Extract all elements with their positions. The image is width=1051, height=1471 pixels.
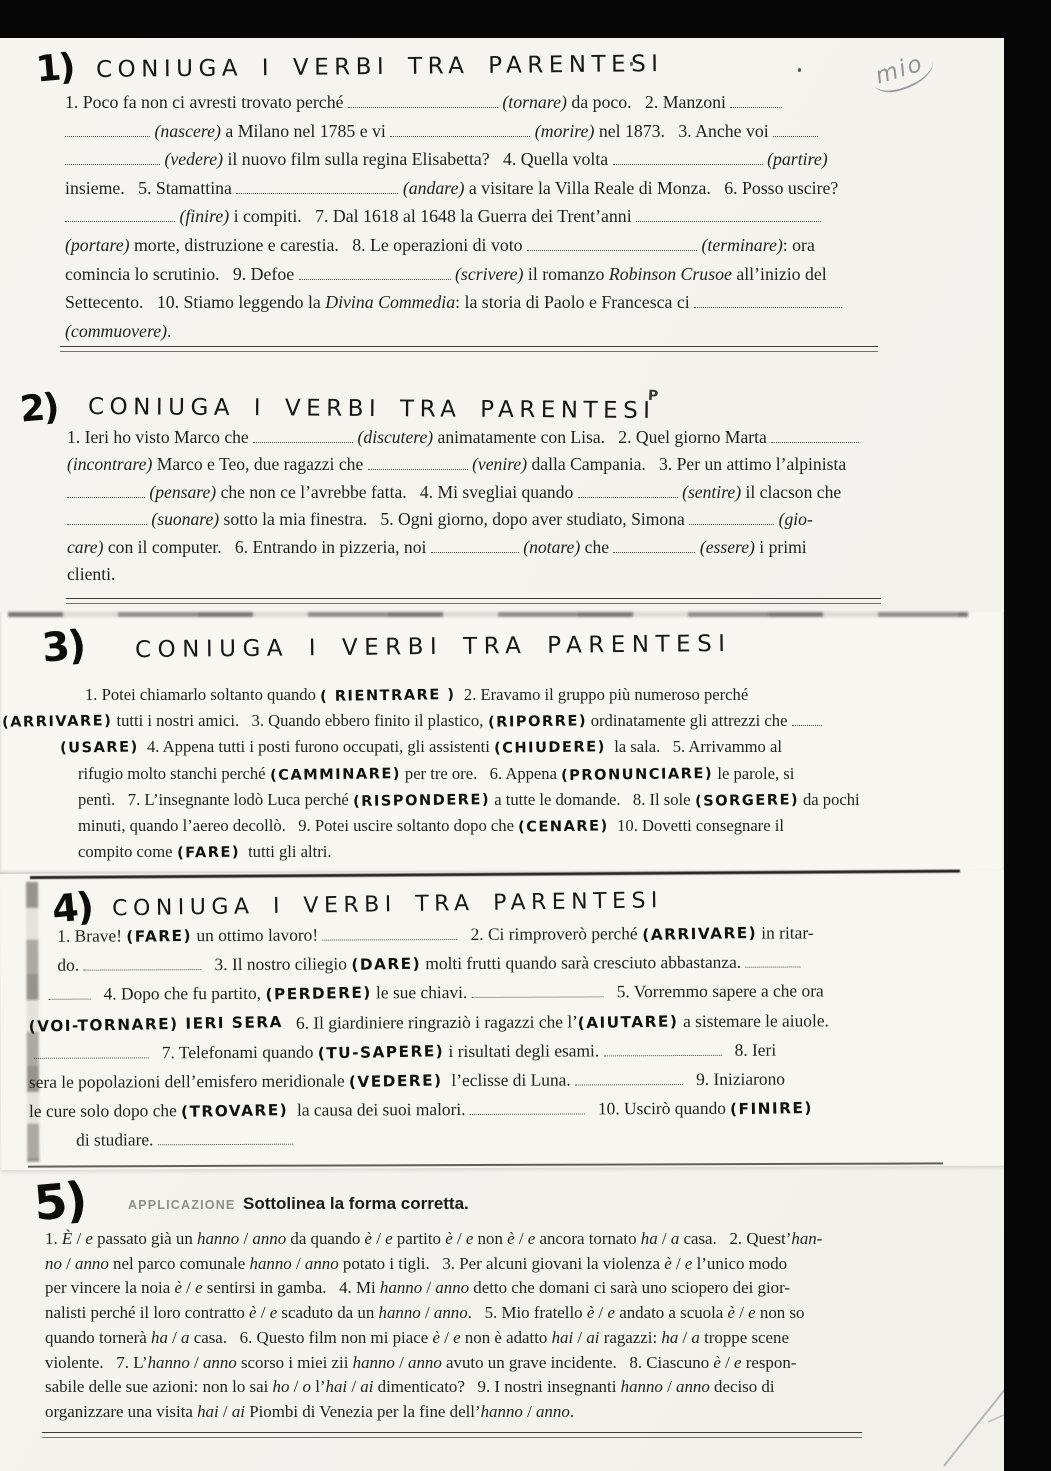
- print-text: i primi: [755, 537, 807, 557]
- print-text: rifugio molto stanchi perché: [78, 764, 270, 783]
- italic-verb-hint: hai: [326, 1377, 348, 1396]
- print-text: .: [570, 1402, 574, 1421]
- italic-verb-hint: anno: [536, 1402, 570, 1421]
- text-line: quando tornerà ha / a casa. 6. Questo fi…: [45, 1326, 905, 1351]
- italic-verb-hint: hanno: [481, 1402, 523, 1421]
- italic-verb-hint: e: [195, 1278, 203, 1297]
- print-text: molti frutti quando sarà cresciuto abbas…: [421, 952, 746, 973]
- print-text: /: [573, 1328, 586, 1347]
- print-text: i compiti. 7. Dal 1618 al 1648 la Guerra…: [229, 206, 636, 226]
- text-line: no / anno nel parco comunale hanno / ann…: [45, 1252, 905, 1277]
- print-text: le parole, si: [713, 764, 794, 783]
- answer-blank: [689, 511, 774, 525]
- text-line: (incontrare) Marco e Teo, due ragazzi ch…: [67, 451, 927, 478]
- print-text: /: [721, 1353, 734, 1372]
- print-text: organizzare una visita: [45, 1402, 197, 1421]
- print-text: respon-: [742, 1353, 797, 1372]
- text-line: (vedere) il nuovo film sulla regina Elis…: [65, 145, 925, 174]
- print-text: 8. Ieri: [722, 1039, 777, 1059]
- italic-verb-hint: e: [748, 1303, 756, 1322]
- print-text: da pochi: [799, 790, 860, 809]
- print-text: pentì. 7. L’insegnante lodò Luca perché: [78, 790, 353, 809]
- print-text: nalisti perché il loro contratto: [45, 1303, 249, 1322]
- italic-verb-hint: e: [607, 1303, 615, 1322]
- print-text: che non ce l’avrebbe fatta. 4. Mi svegli…: [216, 482, 578, 502]
- italic-verb-hint: ha: [151, 1328, 168, 1347]
- italic-verb-hint: È: [62, 1229, 72, 1248]
- italic-verb-hint: ai: [232, 1402, 245, 1421]
- italic-verb-hint: Divina Commedia: [325, 292, 455, 312]
- italic-verb-hint: è: [507, 1229, 515, 1248]
- exercise-body: 1. Brave! (FARE) un ottimo lavoro! 2. Ci…: [0, 918, 1004, 1155]
- italic-verb-hint: (gio-: [774, 509, 813, 529]
- answer-blank: [792, 712, 822, 726]
- section-divider: [42, 1432, 862, 1438]
- italic-verb-hint: hanno: [621, 1377, 663, 1396]
- print-text: il romanzo: [523, 264, 608, 284]
- answer-blank: [745, 954, 800, 968]
- print-text: /: [168, 1328, 181, 1347]
- italic-verb-hint: è: [445, 1229, 453, 1248]
- print-text: 5. Vorremmo sapere a che ora: [604, 981, 824, 1002]
- handwritten-answer: (CAMMINARE): [270, 761, 401, 788]
- text-line: violente. 7. L’hanno / anno scorso i mie…: [45, 1351, 905, 1376]
- italic-verb-hint: hanno: [250, 1254, 292, 1273]
- handwritten-answer: (AIUTARE): [578, 1007, 679, 1037]
- print-text: a visitare la Villa Reale di Monza. 6. P…: [464, 178, 838, 198]
- print-text: 1. Potei chiamarlo soltanto quando: [85, 685, 320, 704]
- italic-verb-hint: anno: [305, 1254, 339, 1273]
- handwritten-answer: (USARE): [60, 735, 139, 761]
- italic-verb-hint: (nascere): [150, 121, 221, 141]
- print-text: ragazzi:: [599, 1328, 661, 1347]
- text-line: do. 3. Il nostro ciliegio (DARE) molti f…: [57, 947, 1004, 980]
- print-text: di studiare.: [76, 1130, 158, 1150]
- handwritten-answer: (FINIRE): [730, 1094, 813, 1124]
- italic-verb-hint: (morire): [530, 121, 594, 141]
- print-text: /: [421, 1303, 434, 1322]
- print-text: deciso di: [710, 1377, 775, 1396]
- print-text: quando tornerà: [45, 1328, 151, 1347]
- exercise-title: Sottolinea la forma corretta.: [243, 1194, 469, 1214]
- print-text: 10. Uscirò quando: [585, 1098, 730, 1119]
- print-text: tutti gli altri.: [240, 842, 332, 861]
- pencil-stroke-mark: [930, 1378, 1004, 1470]
- scanned-worksheet: mio 1) CONIUGA I VERBI TRA PARENTESI 1. …: [0, 0, 1051, 1471]
- italic-verb-hint: anno: [203, 1353, 237, 1372]
- answer-blank: [472, 984, 604, 999]
- exercise-title: CONIUGA I VERBI TRA PARENTESI: [135, 631, 732, 663]
- text-line: nalisti perché il loro contratto è / e s…: [45, 1301, 905, 1326]
- answer-blank: [67, 484, 145, 498]
- print-text: 2. Eravamo il gruppo più numeroso perché: [456, 685, 749, 704]
- print-text: 2. Ci rimproverò perché: [457, 923, 642, 944]
- print-text: a Milano nel 1785 e vi: [221, 121, 390, 141]
- answer-blank: [253, 429, 353, 443]
- text-line: (suonare) sotto la mia finestra. 5. Ogni…: [67, 506, 927, 533]
- handwritten-answer: (DARE): [351, 950, 421, 979]
- print-text: 4. Appena tutti i posti furono occupati,…: [139, 737, 494, 756]
- italic-verb-hint: anno: [252, 1229, 286, 1248]
- italic-verb-hint: Robinson Crusoe: [609, 264, 732, 284]
- text-line: comincia lo scrutinio. 9. Defoe (scriver…: [65, 260, 925, 289]
- exercise-body: 1. Potei chiamarlo soltanto quando ( RIE…: [0, 682, 1004, 865]
- handwritten-answer: (SORGERE): [695, 787, 799, 814]
- print-text: : ora: [783, 235, 815, 255]
- print-text: /: [658, 1229, 671, 1248]
- print-text: 10. Dovetti consegnare il: [609, 816, 784, 835]
- print-text: violente. 7. L’: [45, 1353, 148, 1372]
- print-text: /: [678, 1328, 691, 1347]
- italic-verb-hint: (discutere): [353, 427, 433, 447]
- print-text: Marco e Teo, due ragazzi che: [152, 454, 367, 474]
- print-text: 1.: [45, 1229, 62, 1248]
- answer-blank: [236, 180, 398, 194]
- print-text: nel 1873. 3. Anche voi: [594, 121, 773, 141]
- italic-verb-hint: anno: [435, 1278, 469, 1297]
- exercise-title: CONIUGA I VERBI TRA PARENTESI: [88, 394, 656, 424]
- print-text: compito come: [78, 842, 177, 861]
- text-line: (portare) morte, distruzione e carestia.…: [65, 231, 925, 260]
- handwritten-answer: (RISPONDERE): [353, 787, 490, 814]
- print-text: potato i tigli. 3. Per alcuni giovani la…: [339, 1254, 665, 1273]
- print-text: per vincere la noia: [45, 1278, 174, 1297]
- print-text: scaduto da un: [277, 1303, 378, 1322]
- text-line: minuti, quando l’aereo decollò. 9. Potei…: [78, 813, 1004, 839]
- print-text: passato già un: [93, 1229, 197, 1248]
- answer-blank: [322, 926, 457, 941]
- print-text: /: [453, 1229, 466, 1248]
- print-text: all’inizio del: [732, 264, 827, 284]
- exercise-title: CONIUGA I VERBI TRA PARENTESI: [112, 888, 663, 921]
- print-text: a sistemare le aiuole.: [679, 1010, 829, 1031]
- text-line: sera le popolazioni dell’emisfero meridi…: [29, 1064, 1004, 1097]
- italic-verb-hint: (suonare): [147, 509, 219, 529]
- italic-verb-hint: ho: [273, 1377, 290, 1396]
- italic-verb-hint: (partire): [763, 149, 828, 169]
- italic-verb-hint: ha: [661, 1328, 678, 1347]
- italic-verb-hint: è: [713, 1353, 721, 1372]
- handwritten-answer: (PRONUNCIARE): [561, 761, 713, 788]
- italic-verb-hint: (commuovere): [65, 321, 167, 341]
- print-text: sera le popolazioni dell’emisfero meridi…: [29, 1070, 349, 1091]
- print-text: da quando: [286, 1229, 364, 1248]
- text-line: organizzare una visita hai / ai Piombi d…: [45, 1400, 905, 1425]
- exercise-3-paper-strip: 3) CONIUGA I VERBI TRA PARENTESI 1. Pote…: [0, 612, 1004, 874]
- exercise-label: APPLICAZIONE: [128, 1198, 235, 1212]
- print-text: per tre ore. 6. Appena: [401, 764, 561, 783]
- print-text: do.: [57, 955, 83, 975]
- print-text: tutti i nostri amici. 3. Quando ebbero f…: [112, 711, 487, 730]
- answer-blank: [368, 456, 468, 470]
- answer-blank: [34, 1044, 149, 1059]
- answer-blank: [48, 986, 90, 1000]
- answer-blank: [604, 1042, 722, 1057]
- text-line: care) con il computer. 6. Entrando in pi…: [67, 534, 927, 561]
- print-text: detto che domani ci sarà uno sciopero de…: [469, 1278, 790, 1297]
- handwritten-answer: (CENARE): [518, 813, 609, 839]
- print-text: minuti, quando l’aereo decollò. 9. Potei…: [78, 816, 518, 835]
- print-text: 4. Dopo che fu partito,: [90, 983, 265, 1004]
- print-text: /: [190, 1353, 203, 1372]
- print-text: sabile delle sue azioni: non lo sai: [45, 1377, 273, 1396]
- print-text: comincia lo scrutinio. 9. Defoe: [65, 264, 299, 284]
- answer-blank: [390, 123, 530, 137]
- handwritten-answer: (FARE): [176, 840, 239, 866]
- answer-blank: [771, 429, 859, 443]
- text-line: rifugio molto stanchi perché (CAMMINARE)…: [78, 761, 1004, 787]
- print-text: Settecento. 10. Stiamo leggendo la: [65, 292, 325, 312]
- print-text: i risultati degli esami.: [444, 1040, 603, 1061]
- exercise-4-paper-strip: 4) CONIUGA I VERBI TRA PARENTESI 1. Brav…: [0, 870, 1004, 1170]
- text-line: (VOI-TORNARE) IERI SERA 6. Il giardinier…: [29, 1005, 1004, 1038]
- print-text: l’eclisse di Luna.: [443, 1070, 575, 1091]
- italic-verb-hint: o: [303, 1377, 311, 1396]
- text-line: pentì. 7. L’insegnante lodò Luca perché …: [78, 787, 1004, 813]
- print-text: clienti.: [67, 564, 115, 584]
- print-text: scorso i miei zii: [237, 1353, 353, 1372]
- print-text: /: [672, 1254, 685, 1273]
- print-text: non è adatto: [461, 1328, 552, 1347]
- print-text: a tutte le domande. 8. Il sole: [490, 790, 695, 809]
- text-line: (ARRIVARE) tutti i nostri amici. 3. Quan…: [2, 708, 1004, 734]
- text-line: 1. Potei chiamarlo soltanto quando ( RIE…: [85, 682, 1004, 708]
- print-text: ancora tornato: [535, 1229, 641, 1248]
- print-text: animatamente con Lisa. 2. Quel giorno Ma…: [433, 427, 771, 447]
- print-text: /: [72, 1229, 85, 1248]
- text-line: le cure solo dopo che (TROVARE) la causa…: [29, 1093, 1004, 1126]
- italic-verb-hint: (andare): [398, 178, 464, 198]
- answer-blank: [83, 956, 201, 971]
- print-text: sotto la mia finestra. 5. Ogni giorno, d…: [219, 509, 689, 529]
- print-text: morte, distruzione e carestia. 8. Le ope…: [130, 235, 527, 255]
- section-divider: [66, 598, 881, 604]
- answer-blank: [578, 484, 678, 498]
- italic-verb-hint: e: [734, 1353, 742, 1372]
- italic-verb-hint: care): [67, 537, 103, 557]
- print-text: /: [422, 1278, 435, 1297]
- print-text: nel parco comunale: [109, 1254, 250, 1273]
- print-text: 1. Brave!: [57, 925, 126, 945]
- print-text: . 5. Mio fratello: [468, 1303, 587, 1322]
- print-text: /: [292, 1254, 305, 1273]
- print-text: /: [395, 1353, 408, 1372]
- worksheet-page: mio 1) CONIUGA I VERBI TRA PARENTESI 1. …: [0, 38, 1004, 1471]
- handwritten-answer: (FARE): [126, 922, 192, 951]
- italic-verb-hint: (tornare): [498, 92, 567, 112]
- italic-verb-hint: ai: [586, 1328, 599, 1347]
- print-text: partito: [393, 1229, 446, 1248]
- print-text: l’unico modo: [692, 1254, 787, 1273]
- print-text: /: [257, 1303, 270, 1322]
- print-text: 1. Ieri ho visto Marco che: [67, 427, 253, 447]
- italic-verb-hint: è: [728, 1303, 736, 1322]
- italic-verb-hint: hanno: [148, 1353, 190, 1372]
- answer-blank: [527, 237, 697, 251]
- print-text: Piombi di Venezia per la fine dell’: [245, 1402, 481, 1421]
- handwritten-answer: (PERDERE): [265, 979, 372, 1009]
- print-text: 1. Poco fa non ci avresti trovato perché: [65, 92, 348, 112]
- exercise-number: 1): [34, 46, 75, 90]
- italic-verb-hint: anno: [408, 1353, 442, 1372]
- italic-verb-hint: ai: [360, 1377, 373, 1396]
- text-line: 1. Poco fa non ci avresti trovato perché…: [65, 88, 925, 117]
- print-text: la sala. 5. Arrivammo al: [606, 737, 782, 756]
- text-line: (finire) i compiti. 7. Dal 1618 al 1648 …: [65, 202, 925, 231]
- print-text: /: [594, 1303, 607, 1322]
- italic-verb-hint: è: [249, 1303, 257, 1322]
- scan-speck: [798, 68, 801, 72]
- answer-blank: [348, 94, 498, 108]
- answer-blank: [613, 539, 695, 553]
- print-text: casa. 2. Quest’: [679, 1229, 791, 1248]
- section-divider: [60, 346, 878, 352]
- print-text: 3. Il nostro ciliegio: [201, 954, 351, 975]
- italic-verb-hint: hanno: [197, 1229, 239, 1248]
- italic-verb-hint: è: [174, 1278, 182, 1297]
- text-line: insieme. 5. Stamattina (andare) a visita…: [65, 174, 925, 203]
- text-line: 7. Telefonami quando (TU-SAPERE) i risul…: [34, 1034, 1004, 1067]
- print-text: /: [663, 1377, 676, 1396]
- italic-verb-hint: (terminare): [697, 235, 783, 255]
- print-text: non: [473, 1229, 507, 1248]
- exercise-title: CONIUGA I VERBI TRA PARENTESI: [96, 51, 664, 83]
- print-text: andato a scuola: [615, 1303, 728, 1322]
- print-text: troppe scene: [700, 1328, 789, 1347]
- text-line: clienti.: [67, 561, 927, 588]
- stray-pencil-letter: P: [648, 388, 659, 405]
- print-text: il clacson che: [741, 482, 841, 502]
- handwritten-answer: (ARRIVARE): [642, 919, 757, 949]
- print-text: l’: [311, 1377, 326, 1396]
- italic-verb-hint: hanno: [379, 1303, 421, 1322]
- text-line: compito come (FARE) tutti gli altri.: [78, 839, 1004, 865]
- print-text: il nuovo film sulla regina Elisabetta? 4…: [223, 149, 613, 169]
- exercise-number: 5): [32, 1172, 88, 1232]
- text-line: sabile delle sue azioni: non lo sai ho /…: [45, 1375, 905, 1400]
- print-text: /: [239, 1229, 252, 1248]
- handwritten-answer: ( RIENTRARE ): [320, 682, 456, 709]
- italic-verb-hint: (vedere): [160, 149, 223, 169]
- italic-verb-hint: hai: [552, 1328, 574, 1347]
- answer-blank: [636, 208, 821, 222]
- italic-verb-hint: (venire): [468, 454, 527, 474]
- text-line: di studiare.: [76, 1122, 1004, 1154]
- print-text: insieme. 5. Stamattina: [65, 178, 236, 198]
- italic-verb-hint: (essere): [695, 537, 754, 557]
- answer-blank: [470, 1101, 585, 1116]
- italic-verb-hint: è: [664, 1254, 672, 1273]
- answer-blank: [613, 151, 763, 165]
- exercise-number: 3): [40, 622, 86, 671]
- italic-verb-hint: (finire): [175, 206, 229, 226]
- answer-blank: [299, 266, 451, 280]
- print-text: la causa dei suoi malori.: [288, 1099, 470, 1120]
- print-text: non so: [756, 1303, 805, 1322]
- italic-verb-hint: (sentire): [678, 482, 741, 502]
- answer-blank: [67, 511, 147, 525]
- handwritten-answer: (VEDERE): [349, 1066, 443, 1096]
- print-text: da poco. 2. Manzoni: [567, 92, 730, 112]
- print-text: /: [289, 1377, 302, 1396]
- print-text: dalla Campania. 3. Per un attimo l’alpin…: [527, 454, 846, 474]
- handwritten-answer: (VOI-TORNARE) IERI SERA: [28, 1008, 283, 1041]
- italic-verb-hint: e: [85, 1229, 93, 1248]
- italic-verb-hint: a: [691, 1328, 699, 1347]
- print-text: avuto un grave incidente. 8. Ciascuno: [442, 1353, 714, 1372]
- print-text: dimenticato? 9. I nostri insegnanti: [373, 1377, 620, 1396]
- handwritten-answer: (ARRIVARE): [2, 708, 113, 735]
- print-text: le cure solo dopo che: [29, 1100, 181, 1121]
- print-text: casa. 6. Questo film non mi piace: [189, 1328, 432, 1347]
- print-text: un ottimo lavoro!: [192, 925, 323, 946]
- print-text: /: [219, 1402, 232, 1421]
- scan-edge-artifact: [8, 612, 968, 617]
- text-line: Settecento. 10. Stiamo leggendo la Divin…: [65, 288, 925, 317]
- italic-verb-hint: anno: [434, 1303, 468, 1322]
- italic-verb-hint: han-: [791, 1229, 822, 1248]
- answer-blank: [575, 1071, 683, 1085]
- exercise-body: 1. È / e passato già un hanno / anno da …: [45, 1227, 905, 1425]
- text-line: 1. Brave! (FARE) un ottimo lavoro! 2. Ci…: [57, 918, 1004, 951]
- italic-verb-hint: (portare): [65, 235, 130, 255]
- print-text: che: [580, 537, 613, 557]
- text-line: (commuovere).: [65, 317, 925, 346]
- print-text: /: [182, 1278, 195, 1297]
- handwritten-answer: (TU-SAPERE): [317, 1037, 444, 1068]
- print-text: /: [372, 1229, 385, 1248]
- italic-verb-hint: no: [45, 1254, 62, 1273]
- answer-blank: [431, 539, 519, 553]
- italic-verb-hint: (incontrare): [67, 454, 152, 474]
- italic-verb-hint: hanno: [380, 1278, 422, 1297]
- print-text: ordinatamente gli attrezzi che: [587, 711, 792, 730]
- print-text: /: [523, 1402, 536, 1421]
- print-text: in ritar-: [757, 922, 814, 942]
- answer-blank: [65, 123, 150, 137]
- italic-verb-hint: anno: [676, 1377, 710, 1396]
- print-text: 6. Il giardiniere ringraziò i ragazzi ch…: [283, 1011, 578, 1032]
- italic-verb-hint: (scrivere): [451, 264, 524, 284]
- italic-verb-hint: a: [671, 1229, 679, 1248]
- text-line: 4. Dopo che fu partito, (PERDERE) le sue…: [48, 976, 1004, 1009]
- print-text: con il computer. 6. Entrando in pizzeria…: [103, 537, 430, 557]
- print-text: 7. Telefonami quando: [149, 1041, 318, 1062]
- answer-blank: [65, 151, 160, 165]
- italic-verb-hint: e: [385, 1229, 393, 1248]
- italic-verb-hint: è: [365, 1229, 373, 1248]
- italic-verb-hint: anno: [75, 1254, 109, 1273]
- italic-verb-hint: e: [453, 1328, 461, 1347]
- exercise-body: 1. Ieri ho visto Marco che (discutere) a…: [67, 424, 927, 588]
- handwritten-answer: (TROVARE): [181, 1096, 289, 1126]
- print-text: 9. Iniziarono: [683, 1069, 785, 1089]
- exercise-number: 2): [18, 386, 59, 430]
- print-text: /: [735, 1303, 748, 1322]
- text-line: per vincere la noia è / e sentirsi in ga…: [45, 1276, 905, 1301]
- text-line: (USARE) 4. Appena tutti i posti furono o…: [60, 734, 1004, 760]
- print-text: : la storia di Paolo e Francesca ci: [455, 292, 694, 312]
- text-line: (pensare) che non ce l’avrebbe fatta. 4.…: [67, 479, 927, 506]
- print-text: le sue chiavi.: [372, 982, 472, 1002]
- handwritten-answer: (RIPORRE): [487, 709, 586, 736]
- exercise-body: 1. Poco fa non ci avresti trovato perché…: [65, 88, 925, 345]
- text-line: (nascere) a Milano nel 1785 e vi (morire…: [65, 117, 925, 146]
- italic-verb-hint: ha: [641, 1229, 658, 1248]
- answer-blank: [730, 94, 782, 108]
- text-line: 1. È / e passato già un hanno / anno da …: [45, 1227, 905, 1252]
- answer-blank: [773, 123, 818, 137]
